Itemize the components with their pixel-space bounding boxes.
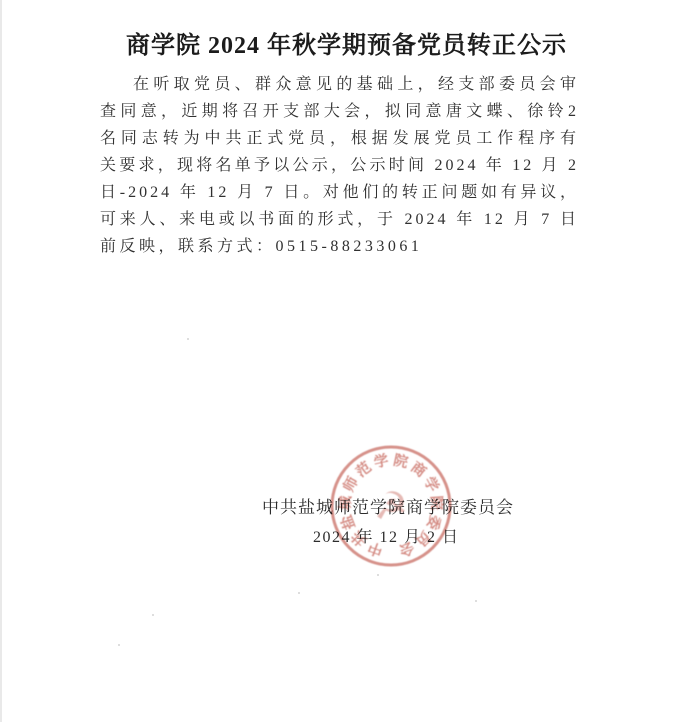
body-line: 日-2024 年 12 月 7 日。对他们的转正问题如有异议， bbox=[100, 179, 579, 206]
seal-arc-char: 师 bbox=[340, 473, 362, 494]
document-page: { "page": { "background": "#ffffff" }, "… bbox=[0, 0, 679, 722]
scan-speck bbox=[118, 644, 120, 646]
scan-speck bbox=[298, 592, 300, 594]
seal-arc-char: 商 bbox=[407, 458, 430, 481]
scan-speck bbox=[187, 338, 189, 340]
scan-speck bbox=[475, 600, 477, 602]
body-line: 关要求，现将名单予以公示，公示时间 2024 年 12 月 2 bbox=[100, 152, 579, 179]
signature-date: 2024 年 12 月 2 日 bbox=[313, 524, 460, 547]
seal-arc-char: 院 bbox=[392, 451, 410, 472]
body-line: 在听取党员、群众意见的基础上，经支部委员会审 bbox=[100, 71, 579, 98]
scan-speck bbox=[152, 614, 154, 616]
body-line: 查同意，近期将召开支部大会，拟同意唐文蝶、徐铃2 bbox=[100, 98, 579, 125]
scan-speck bbox=[377, 574, 379, 576]
body-line: 可来人、来电或以书面的形式，于 2024 年 12 月 7 日 bbox=[100, 206, 579, 233]
seal-arc-char: 学 bbox=[420, 473, 443, 495]
announcement-body: 在听取党员、群众意见的基础上，经支部委员会审 查同意，近期将召开支部大会，拟同意… bbox=[100, 71, 579, 260]
scan-edge-shadow bbox=[0, 0, 2, 722]
document-title: 商学院 2024 年秋学期预备党员转正公示 bbox=[0, 25, 679, 60]
seal-arc-char: 范 bbox=[352, 457, 375, 480]
body-line: 名同志转为中共正式党员，根据发展党员工作程序有 bbox=[100, 125, 579, 152]
committee-signature: 中共盐城师范学院商学院委员会 bbox=[262, 493, 514, 518]
seal-arc-char: 学 bbox=[372, 451, 390, 472]
body-line-contact: 前反映，联系方式：0515-88233061 bbox=[100, 233, 579, 260]
